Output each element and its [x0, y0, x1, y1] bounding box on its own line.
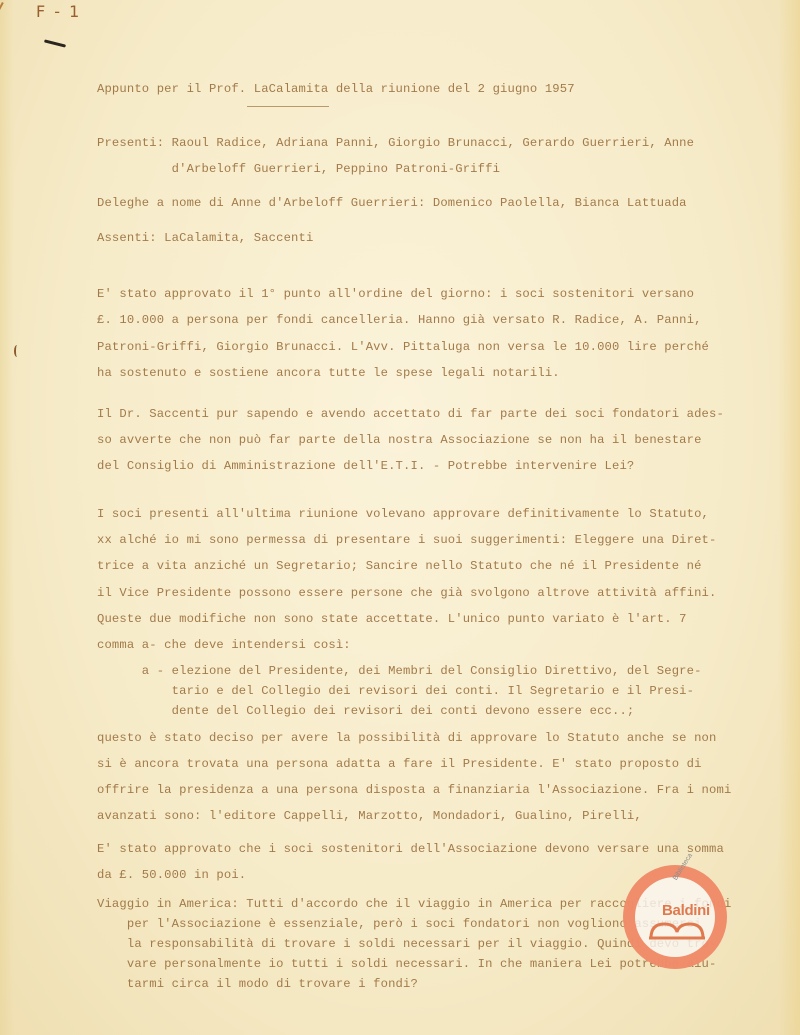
- paragraph-2-line-2: so avverte che non può far parte della n…: [97, 429, 787, 451]
- stamp-label: Baldini: [662, 902, 710, 919]
- open-book-icon: [647, 920, 707, 940]
- attendees-line-2: d'Arbeloff Guerrieri, Peppino Patroni-Gr…: [97, 158, 787, 180]
- article-7-item-line-2: tario e del Collegio dei revisori dei co…: [97, 680, 787, 702]
- paragraph-3-line-2: xx alché io mi sono permessa di presenta…: [97, 529, 787, 551]
- paragraph-3-line-4: il Vice Presidente possono essere person…: [97, 582, 787, 604]
- paragraph-2-line-3: del Consiglio di Amministrazione dell'E.…: [97, 455, 787, 477]
- paragraph-1-line-4: ha sostenuto e sostiene ancora tutte le …: [97, 362, 787, 384]
- ink-dash-mark: [44, 39, 66, 47]
- paragraph-4-line-2: si è ancora trovata una persona adatta a…: [97, 753, 787, 775]
- paragraph-4-line-3: offrire la presidenza a una persona disp…: [97, 779, 787, 801]
- attendees-line-1: Presenti: Raoul Radice, Adriana Panni, G…: [97, 132, 787, 154]
- article-7-item-line-1: a - elezione del Presidente, dei Membri …: [97, 660, 787, 682]
- paper-edge-left: [0, 0, 14, 1035]
- paragraph-3-line-6: comma a- che deve intendersi così:: [97, 634, 787, 656]
- absentees-line: Assenti: LaCalamita, Saccenti: [97, 227, 787, 249]
- handwritten-annotation: F - 1: [36, 2, 81, 21]
- paragraph-5-line-1: E' stato approvato che i soci sostenitor…: [97, 838, 787, 860]
- title-underline: [247, 106, 329, 107]
- article-7-item-line-3: dente del Collegio dei revisori dei cont…: [97, 700, 787, 722]
- document-title: Appunto per il Prof. LaCalamita della ri…: [97, 78, 787, 100]
- paragraph-3-line-5: Queste due modifiche non sono state acce…: [97, 608, 787, 630]
- america-trip-line-5: tarmi circa il modo di trovare i fondi?: [97, 973, 787, 995]
- paragraph-4-line-4: avanzati sono: l'editore Cappelli, Marzo…: [97, 805, 787, 827]
- paragraph-1-line-3: Patroni-Griffi, Giorgio Brunacci. L'Avv.…: [97, 336, 787, 358]
- paragraph-4-line-1: questo è stato deciso per avere la possi…: [97, 727, 787, 749]
- paragraph-1-line-2: £. 10.000 a persona per fondi cancelleri…: [97, 309, 787, 331]
- margin-bracket-mark: [14, 345, 20, 357]
- paragraph-1-line-1: E' stato approvato il 1° punto all'ordin…: [97, 283, 787, 305]
- paragraph-2-line-1: Il Dr. Saccenti pur sapendo e avendo acc…: [97, 403, 787, 425]
- proxies-line: Deleghe a nome di Anne d'Arbeloff Guerri…: [97, 192, 787, 214]
- paragraph-3-line-1: I soci presenti all'ultima riunione vole…: [97, 503, 787, 525]
- paragraph-3-line-3: trice a vita anziché un Segretario; Sanc…: [97, 555, 787, 577]
- scanned-document-page: F - 1 Appunto per il Prof. LaCalamita de…: [0, 0, 800, 1035]
